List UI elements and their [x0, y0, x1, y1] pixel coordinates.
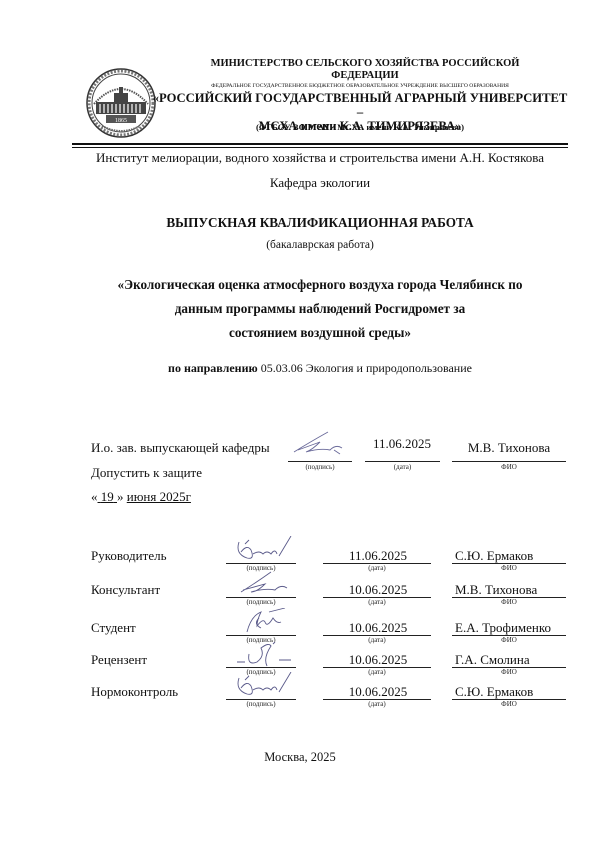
name-caption: ФИО: [452, 700, 566, 708]
name-caption: ФИО: [452, 463, 566, 471]
date-line: [365, 461, 440, 462]
name-caption: ФИО: [452, 636, 566, 644]
work-type-title: ВЫПУСКНАЯ КВАЛИФИКАЦИОННАЯ РАБОТА: [60, 215, 580, 231]
signatory-role: Студент: [91, 620, 136, 636]
university-line-1: «РОССИЙСКИЙ ГОСУДАРСТВЕННЫЙ АГРАРНЫЙ УНИ…: [150, 91, 570, 119]
signatory-role: Руководитель: [91, 548, 167, 564]
date-caption: (дата): [365, 463, 440, 471]
signature-icon: [290, 428, 352, 458]
signature-icon: [233, 536, 293, 564]
signatory-name: М.В. Тихонова: [455, 582, 537, 598]
signature-icon: [233, 640, 293, 668]
date-caption: (дата): [323, 564, 431, 572]
date-caption: (дата): [323, 636, 431, 644]
signatory-role: Нормоконтроль: [91, 684, 178, 700]
header-divider-thick: [72, 143, 568, 145]
topic-line: данным программы наблюдений Росгидромет …: [80, 297, 560, 321]
university-emblem-icon: 1865: [86, 68, 156, 138]
signatory-date: 10.06.2025: [325, 684, 431, 700]
svg-text:1865: 1865: [115, 118, 127, 124]
signature-caption: (подпись): [226, 598, 296, 606]
direction-label: по направлению: [168, 361, 258, 375]
topic-line: «Экологическая оценка атмосферного возду…: [80, 273, 560, 297]
quote-close: »: [117, 489, 124, 504]
date-caption: (дата): [323, 668, 431, 676]
signature-icon: [233, 570, 293, 598]
approver-name: М.В. Тихонова: [452, 440, 566, 456]
name-caption: ФИО: [452, 668, 566, 676]
admit-month-year: июня 2025г: [127, 489, 191, 504]
signatory-name: С.Ю. Ермаков: [455, 548, 533, 564]
approver-role: И.о. зав. выпускающей кафедры: [91, 440, 270, 456]
ministry-line-2: ФЕДЕРАЦИИ: [170, 70, 560, 82]
date-caption: (дата): [323, 598, 431, 606]
signatory-date: 10.06.2025: [325, 652, 431, 668]
admit-day: 19: [101, 489, 114, 504]
signatory-role: Рецензент: [91, 652, 147, 668]
signatory-name: Г.А. Смолина: [455, 652, 530, 668]
signatory-role: Консультант: [91, 582, 160, 598]
city-year: Москва, 2025: [60, 750, 540, 765]
approval-date: 11.06.2025: [364, 436, 440, 452]
name-line: [452, 461, 566, 462]
signature-line: [288, 461, 352, 462]
university-short-name: (ФГБОУ ВО РГАУ - МСХА имени К.А. Тимиряз…: [160, 122, 560, 132]
signatory-name: Е.А. Трофименко: [455, 620, 551, 636]
signatory-date: 11.06.2025: [325, 548, 431, 564]
thesis-topic: «Экологическая оценка атмосферного возду…: [80, 273, 560, 345]
study-direction: по направлению 05.03.06 Экология и приро…: [60, 361, 580, 376]
admit-label: Допустить к защите: [91, 465, 202, 481]
signatory-date: 10.06.2025: [325, 620, 431, 636]
admit-date: « 19 » июня 2025г: [91, 489, 191, 505]
name-caption: ФИО: [452, 564, 566, 572]
topic-line: состоянием воздушной среды»: [80, 321, 560, 345]
signature-icon: [233, 608, 293, 636]
name-caption: ФИО: [452, 598, 566, 606]
signature-caption: (подпись): [288, 463, 352, 471]
signatory-name: С.Ю. Ермаков: [455, 684, 533, 700]
direction-value: 05.03.06 Экология и природопользование: [261, 361, 472, 375]
institute-name: Институт мелиорации, водного хозяйства и…: [60, 150, 580, 166]
institution-type: ФЕДЕРАЛЬНОЕ ГОСУДАРСТВЕННОЕ БЮДЖЕТНОЕ ОБ…: [160, 83, 560, 89]
header-divider-thin: [72, 147, 568, 148]
ministry-name: МИНИСТЕРСТВО СЕЛЬСКОГО ХОЗЯЙСТВА РОССИЙС…: [170, 58, 560, 82]
signature-icon: [233, 672, 293, 700]
work-subtype: (бакалаврская работа): [60, 239, 580, 251]
ministry-line-1: МИНИСТЕРСТВО СЕЛЬСКОГО ХОЗЯЙСТВА РОССИЙС…: [170, 58, 560, 70]
signatory-date: 10.06.2025: [325, 582, 431, 598]
department-name: Кафедра экологии: [60, 175, 580, 191]
signature-caption: (подпись): [226, 700, 296, 708]
date-caption: (дата): [323, 700, 431, 708]
